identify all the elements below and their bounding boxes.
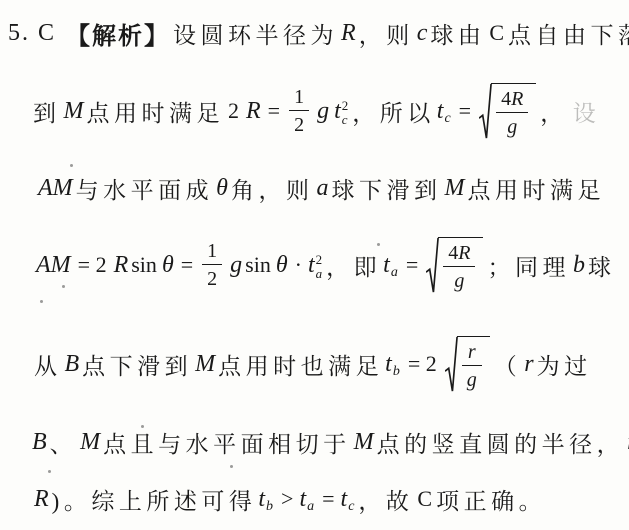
subscript: a bbox=[391, 265, 398, 281]
math-var: θ bbox=[159, 252, 177, 279]
text-line-1: 5. C【解析】设圆环半径为R，则c球由C点自由下落 bbox=[8, 10, 629, 56]
cjk-text: 球下滑到 bbox=[331, 172, 441, 205]
math-upright: = bbox=[318, 486, 338, 512]
cjk-text: 点的竖直圆的半径， bbox=[377, 426, 625, 459]
math-var: t bbox=[308, 252, 315, 279]
sqrt-expression: 4Rg bbox=[479, 83, 536, 140]
math-var: t bbox=[385, 351, 392, 378]
fraction-numerator: 4R bbox=[496, 88, 528, 112]
math-var: M bbox=[61, 98, 87, 125]
math-var: t bbox=[341, 486, 348, 513]
scan-speck bbox=[40, 300, 43, 303]
math-letter: R bbox=[511, 88, 523, 110]
math-var: R bbox=[338, 20, 359, 47]
analysis-tag: 【解析】 bbox=[66, 16, 173, 51]
fraction: rg bbox=[462, 341, 482, 391]
math-upright: = bbox=[455, 98, 475, 124]
scanned-solution-page: 5. C【解析】设圆环半径为R，则c球由C点自由下落 到M点用时满足2R=12g… bbox=[0, 0, 629, 530]
math-digit: 2 bbox=[294, 114, 304, 136]
math-subscripted: t2c bbox=[334, 97, 350, 124]
scan-speck bbox=[48, 470, 51, 473]
cjk-text: )。综上所述可得 bbox=[52, 483, 257, 516]
cjk-text: ，则 bbox=[359, 17, 414, 50]
math-var: r bbox=[521, 351, 536, 378]
subscript: a bbox=[316, 267, 323, 281]
scan-speck bbox=[377, 243, 380, 246]
text-line-7: R)。综上所述可得tb>ta=tc，故C项正确。 bbox=[31, 477, 546, 521]
math-var: r bbox=[624, 429, 629, 456]
math-var: M bbox=[77, 429, 103, 456]
math-var: M bbox=[192, 351, 218, 378]
math-upright: = 2 bbox=[404, 351, 441, 377]
fraction-numerator: 4R bbox=[443, 242, 475, 266]
cjk-text: 为过 bbox=[537, 348, 592, 381]
subscript: c bbox=[348, 499, 354, 515]
math-subscripted: ta bbox=[299, 486, 316, 513]
cjk-text: ；同理 bbox=[487, 249, 570, 282]
supsub-stack: 2a bbox=[316, 253, 323, 280]
fraction-numerator: 1 bbox=[202, 240, 222, 264]
cjk-text: 项正确。 bbox=[436, 483, 546, 516]
subscript: b bbox=[393, 364, 400, 380]
math-var: R bbox=[243, 98, 264, 125]
math-letter: g bbox=[454, 270, 464, 292]
faded-char: 设 bbox=[568, 95, 596, 128]
cjk-text: 球由 bbox=[430, 17, 485, 50]
math-var: AM bbox=[33, 252, 74, 279]
cjk-text: 点用时满足 bbox=[87, 95, 225, 128]
math-upright: = bbox=[402, 252, 422, 278]
text-line-6: B、M点且与水平面相切于M点的竖直圆的半径，r> bbox=[29, 420, 629, 464]
cjk-text: ， bbox=[540, 95, 568, 128]
problem-number-answer: 5. C bbox=[8, 20, 56, 47]
math-subscripted: t2a bbox=[308, 251, 324, 278]
math-var: M bbox=[441, 175, 467, 202]
text-line-2: 到M点用时满足2R=12gt2c，所以tc=4Rg，设 bbox=[33, 68, 596, 154]
cjk-text: ，即 bbox=[326, 249, 381, 282]
math-var: M bbox=[351, 429, 377, 456]
subscript: b bbox=[266, 499, 273, 515]
scan-speck bbox=[70, 164, 73, 167]
cjk-text: 点自由下落 bbox=[508, 17, 629, 50]
math-digit: 4 bbox=[448, 242, 458, 264]
math-upright: = bbox=[177, 252, 197, 278]
math-var: t bbox=[334, 98, 341, 125]
math-digit: 1 bbox=[207, 240, 217, 262]
math-var: θ bbox=[273, 252, 291, 279]
cjk-text: （ bbox=[494, 348, 522, 381]
fraction-denominator: g bbox=[462, 365, 482, 391]
supsub-stack: 2c bbox=[342, 99, 349, 126]
math-subscripted: tb bbox=[385, 351, 402, 378]
radicand: rg bbox=[457, 336, 490, 393]
math-subscripted: tb bbox=[258, 486, 275, 513]
text-line-4: AM= 2Rsinθ=12gsinθ·t2a，即ta=4Rg；同理b球 bbox=[33, 224, 615, 306]
scan-speck bbox=[230, 465, 233, 468]
cjk-text: 从 bbox=[34, 348, 62, 381]
math-function: sin bbox=[131, 252, 159, 278]
fraction-denominator: g bbox=[496, 112, 528, 138]
fraction-denominator: g bbox=[443, 266, 475, 292]
math-var: R bbox=[31, 486, 52, 513]
math-subscripted: tc bbox=[341, 486, 357, 513]
math-subscripted: tc bbox=[437, 98, 453, 125]
text-line-5: 从B点下滑到M点用时也满足tb= 2rg（r为过 bbox=[34, 329, 592, 399]
math-var: a bbox=[313, 175, 331, 202]
math-upright: = bbox=[264, 98, 284, 124]
math-var: B bbox=[29, 429, 50, 456]
math-var: b bbox=[570, 252, 588, 279]
cjk-text: ，所以 bbox=[352, 95, 435, 128]
math-var: t bbox=[299, 486, 306, 513]
cjk-text: 与水平面成 bbox=[76, 172, 214, 205]
math-upright: C bbox=[485, 20, 508, 46]
cjk-text: 点且与水平面相切于 bbox=[103, 426, 351, 459]
math-upright: > bbox=[277, 486, 297, 512]
superscript: 2 bbox=[342, 99, 349, 113]
math-var: g bbox=[314, 98, 332, 125]
cjk-text: 球 bbox=[588, 249, 616, 282]
math-var: B bbox=[62, 351, 83, 378]
math-upright: C bbox=[413, 486, 436, 512]
math-var: g bbox=[227, 252, 245, 279]
math-var: R bbox=[111, 252, 132, 279]
math-letter: R bbox=[458, 242, 470, 264]
fraction-denominator: 2 bbox=[289, 110, 309, 136]
math-upright: = 2 bbox=[74, 252, 111, 278]
math-digit: 1 bbox=[294, 86, 304, 108]
cjk-text: 点用时满足 bbox=[467, 172, 605, 205]
scan-speck bbox=[62, 285, 65, 288]
radicand: 4Rg bbox=[438, 237, 483, 294]
cjk-text: ，故 bbox=[358, 483, 413, 516]
math-subscripted: ta bbox=[383, 252, 400, 279]
subscript: c bbox=[342, 113, 348, 127]
subscript: c bbox=[444, 111, 450, 127]
cjk-text: 到 bbox=[33, 95, 61, 128]
scan-speck bbox=[141, 425, 144, 428]
fraction-numerator: r bbox=[463, 341, 481, 365]
math-var: t bbox=[258, 486, 265, 513]
math-function: sin bbox=[245, 252, 273, 278]
math-upright: · bbox=[291, 252, 306, 278]
fraction-numerator: 1 bbox=[289, 86, 309, 110]
math-letter: g bbox=[467, 369, 477, 391]
math-digit: 4 bbox=[501, 88, 511, 110]
text-line-3: AM与水平面成θ角，则a球下滑到M点用时满足 bbox=[35, 166, 605, 210]
superscript: 2 bbox=[316, 253, 323, 267]
cjk-text: 设圆环半径为 bbox=[173, 17, 338, 50]
sqrt-expression: 4Rg bbox=[426, 237, 483, 294]
math-var: AM bbox=[35, 175, 76, 202]
fraction: 4Rg bbox=[496, 88, 528, 138]
fraction-denominator: 2 bbox=[202, 264, 222, 290]
math-var: θ bbox=[213, 175, 231, 202]
fraction: 12 bbox=[202, 240, 222, 290]
math-var: t bbox=[437, 98, 444, 125]
math-letter: g bbox=[507, 116, 517, 138]
fraction: 12 bbox=[289, 86, 309, 136]
math-var: c bbox=[414, 20, 431, 47]
cjk-text: 点下滑到 bbox=[82, 348, 192, 381]
fraction: 4Rg bbox=[443, 242, 475, 292]
sqrt-expression: rg bbox=[445, 336, 490, 393]
math-var: t bbox=[383, 252, 390, 279]
radicand: 4Rg bbox=[491, 83, 536, 140]
math-letter: r bbox=[468, 341, 476, 363]
cjk-text: 点用时也满足 bbox=[218, 348, 383, 381]
math-digit: 2 bbox=[207, 268, 217, 290]
cjk-text: 、 bbox=[50, 426, 78, 459]
subscript: a bbox=[307, 499, 314, 515]
cjk-text: 角，则 bbox=[231, 172, 314, 205]
math-upright: 2 bbox=[224, 98, 243, 124]
